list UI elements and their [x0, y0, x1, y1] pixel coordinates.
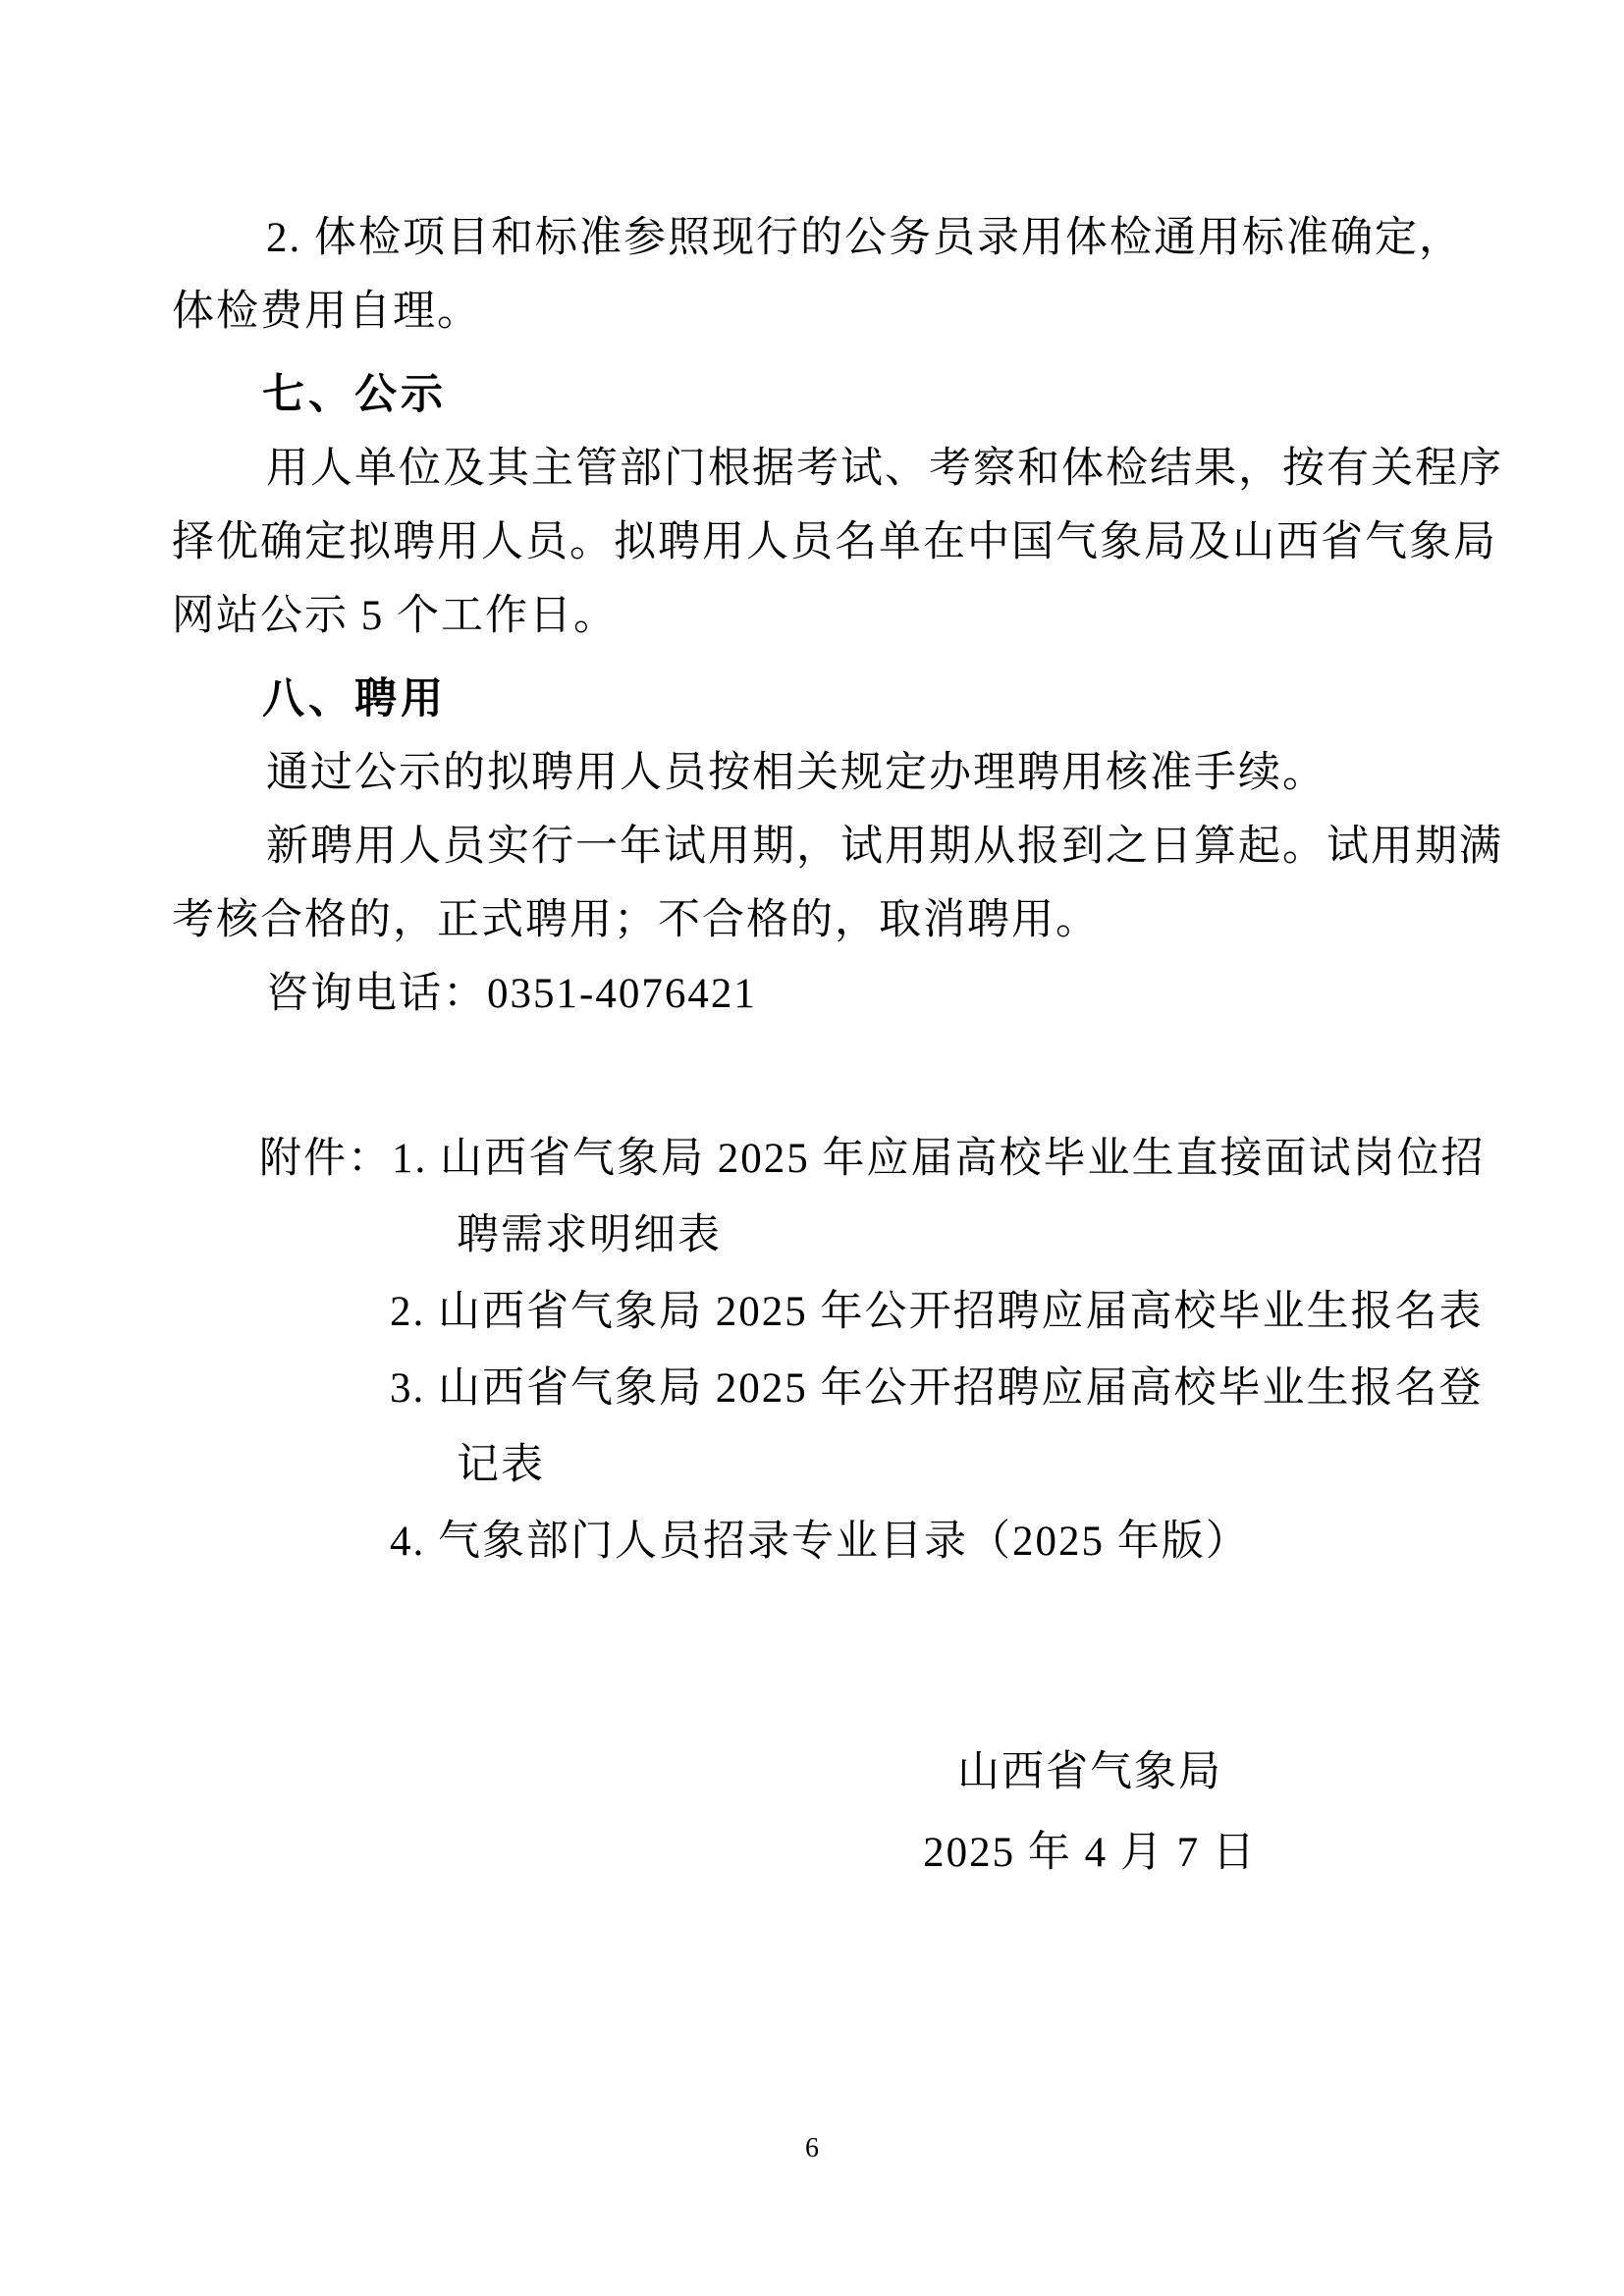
body-text-line: 考核合格的，正式聘用；不合格的，取消聘用。 — [172, 883, 1458, 957]
body-text-line: 通过公示的拟聘用人员按相关规定办理聘用核准手续。 — [172, 736, 1458, 810]
attachment-line: 2. 山西省气象局 2025 年公开招聘应届高校毕业生报名表 — [390, 1274, 1458, 1351]
signature-organization: 山西省气象局 — [599, 1733, 1581, 1813]
body-text-line: 体检费用自理。 — [172, 275, 1458, 348]
signature-block: 山西省气象局 2025 年 4 月 7 日 — [599, 1733, 1581, 1894]
attachment-line: 附件：1. 山西省气象局 2025 年应届高校毕业生直接面试岗位招 — [259, 1121, 1458, 1198]
attachment-line: 4. 气象部门人员招录专业目录（2025 年版） — [390, 1504, 1458, 1580]
section-heading-pinyong: 八、聘用 — [262, 663, 1458, 736]
attachment-line: 记表 — [457, 1427, 1458, 1504]
body-text-line: 新聘用人员实行一年试用期，试用期从报到之日算起。试用期满 — [172, 810, 1458, 883]
body-text-line: 择优确定拟聘用人员。拟聘用人员名单在中国气象局及山西省气象局 — [172, 506, 1458, 579]
attachment-line: 聘需求明细表 — [457, 1198, 1458, 1274]
document-page: 2. 体检项目和标准参照现行的公务员录用体检通用标准确定， 体检费用自理。 七、… — [0, 0, 1624, 2296]
signature-date: 2025 年 4 月 7 日 — [599, 1813, 1581, 1894]
body-text-line: 用人单位及其主管部门根据考试、考察和体检结果，按有关程序 — [172, 432, 1458, 506]
attachment-list: 附件：1. 山西省气象局 2025 年应届高校毕业生直接面试岗位招 聘需求明细表… — [172, 1121, 1458, 1580]
body-text-line: 网站公示 5 个工作日。 — [172, 579, 1458, 653]
page-number: 6 — [0, 2132, 1624, 2165]
document-body: 2. 体检项目和标准参照现行的公务员录用体检通用标准确定， 体检费用自理。 七、… — [172, 201, 1458, 1580]
body-text-line: 2. 体检项目和标准参照现行的公务员录用体检通用标准确定， — [172, 201, 1458, 275]
contact-phone-line: 咨询电话：0351-4076421 — [172, 957, 1458, 1031]
attachment-line: 3. 山西省气象局 2025 年公开招聘应届高校毕业生报名登 — [390, 1351, 1458, 1427]
section-heading-gongshi: 七、公示 — [262, 358, 1458, 432]
